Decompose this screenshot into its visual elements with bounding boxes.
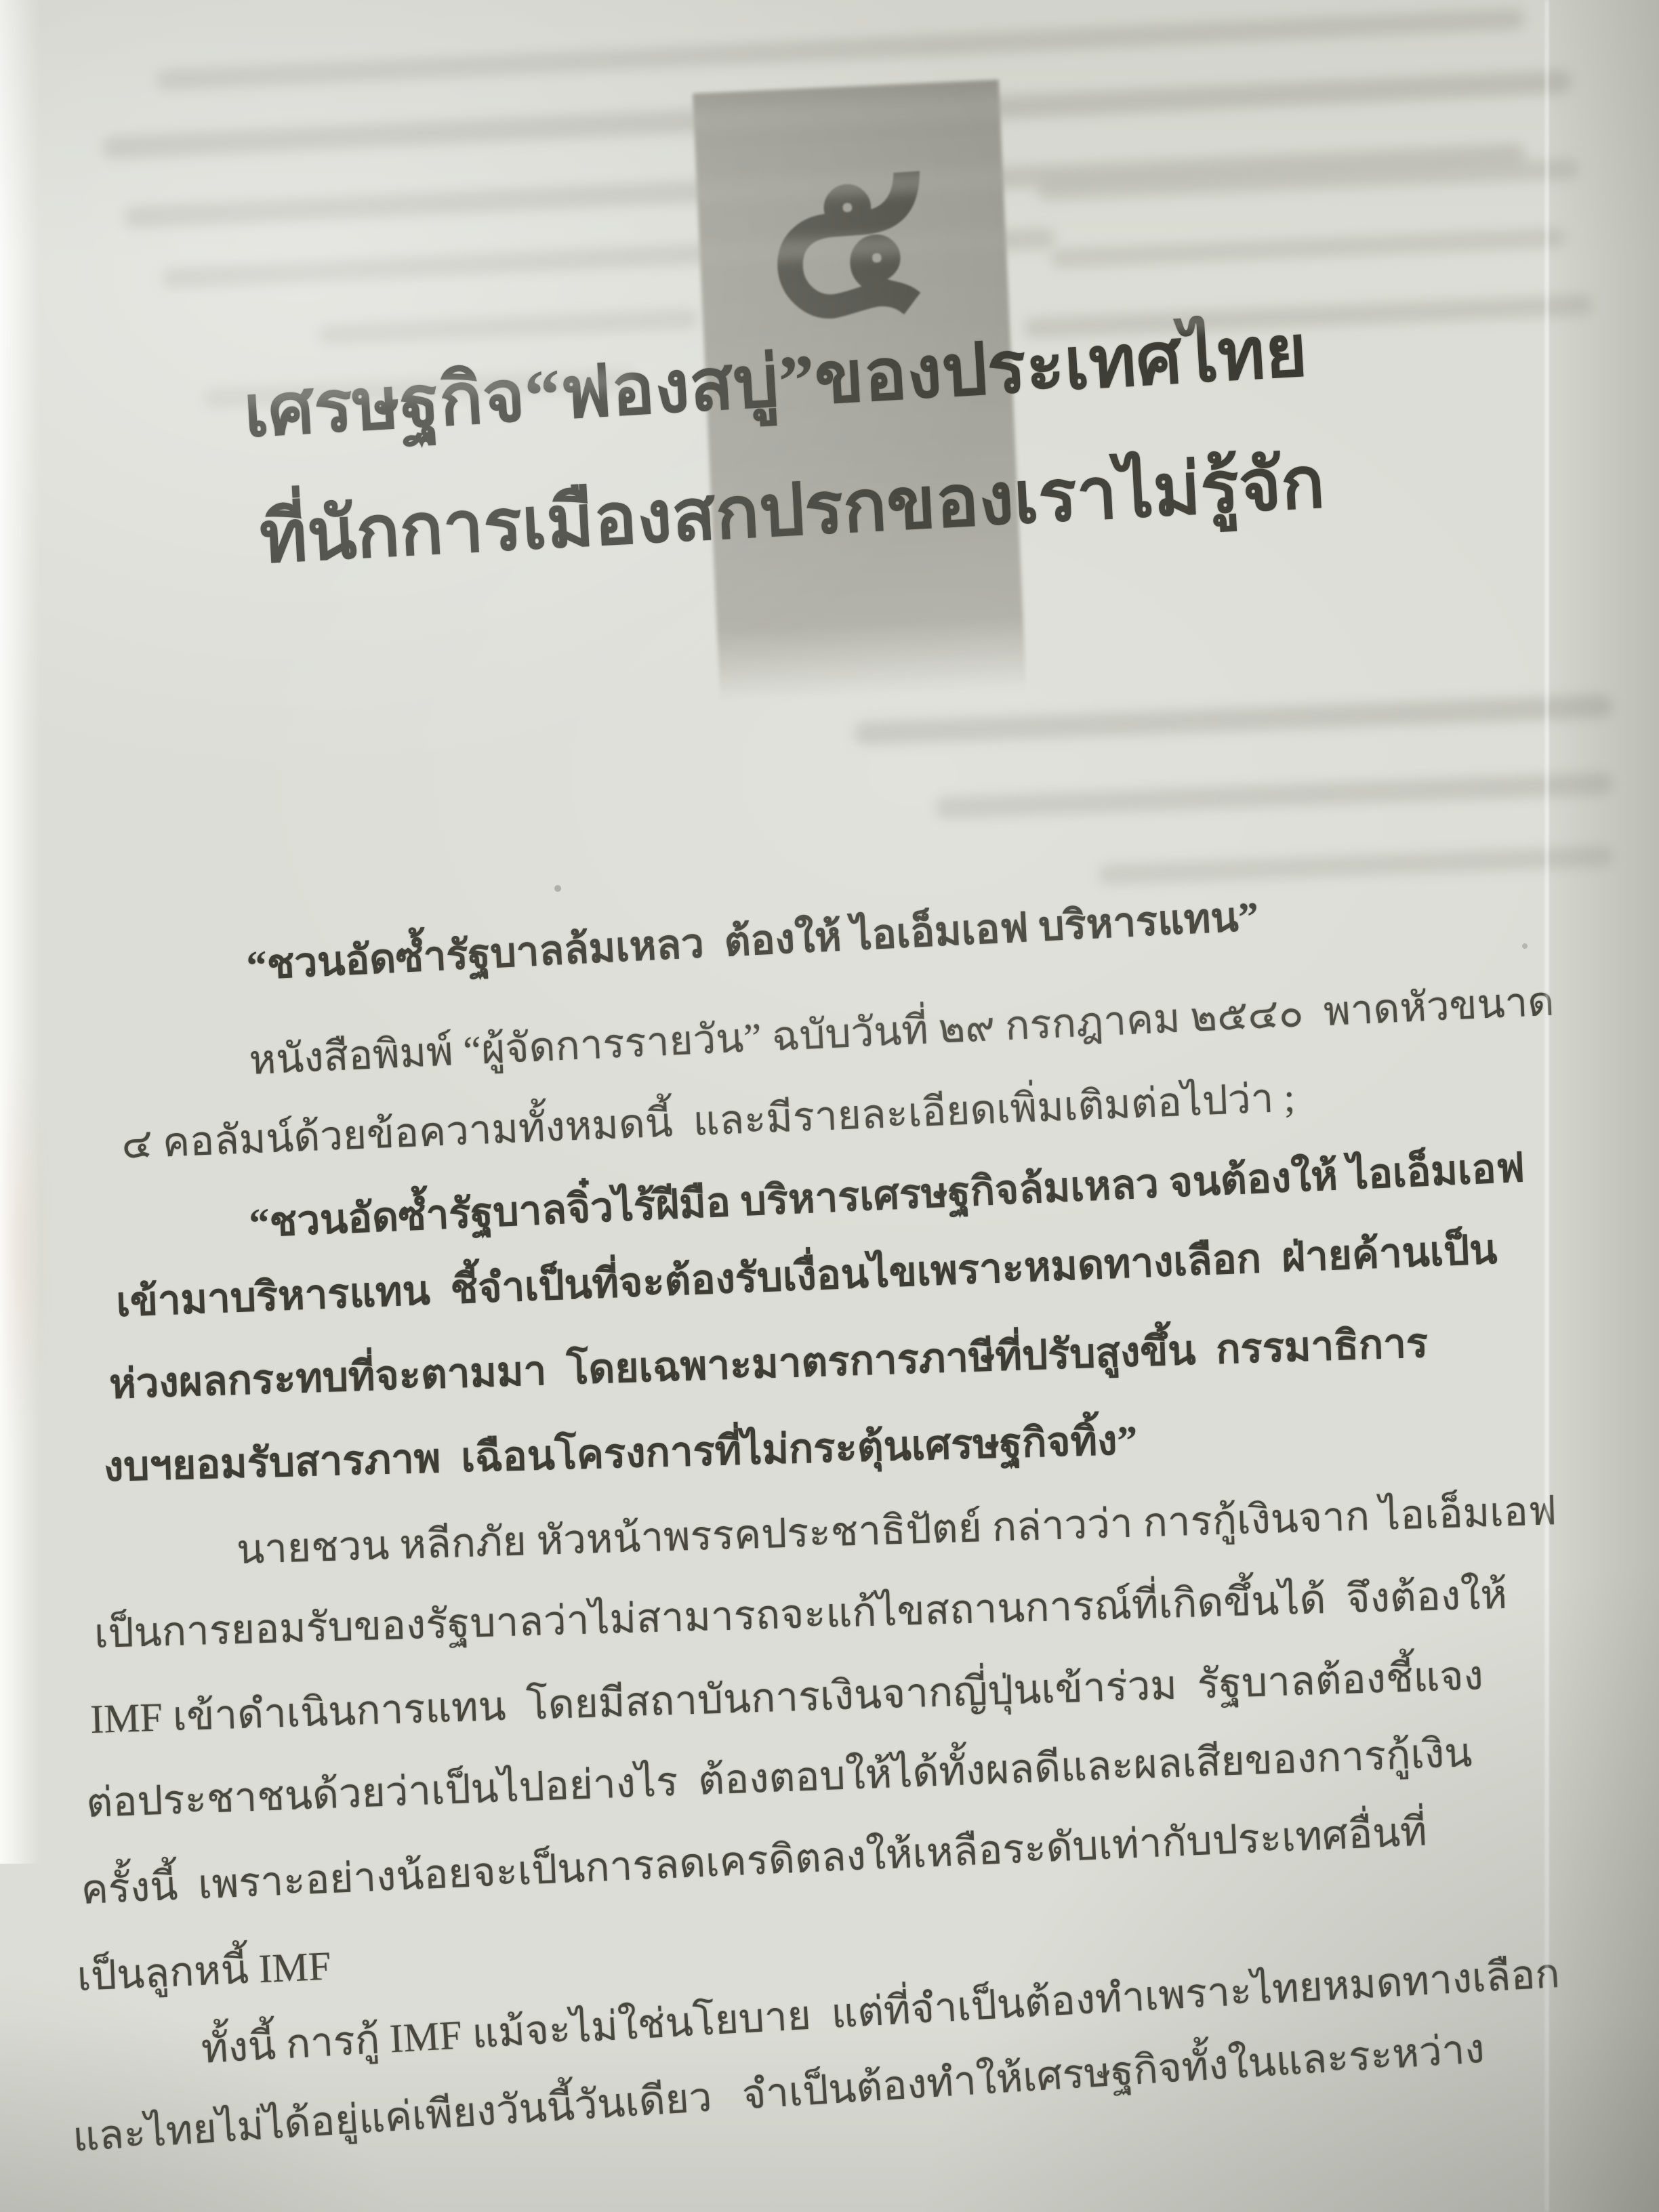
stray-ink-mark — [1522, 943, 1528, 949]
body-line: ๔ คอลัมน์ด้วยข้อความทั้งหมดนี้ และมีรายล… — [121, 1071, 1296, 1170]
page-edge-highlight — [0, 0, 41, 1864]
body-line: งบฯยอมรับสารภาพ เฉือนโครงการที่ไม่กระตุ้… — [103, 1414, 1138, 1494]
body-line: IMF เข้าดำเนินการแทน โดยมีสถาบันการเงินจ… — [89, 1649, 1484, 1746]
ghost-text-smudge — [935, 773, 1614, 819]
ghost-text-smudge — [854, 694, 1613, 745]
ghost-text-smudge — [156, 8, 1524, 91]
thumb-shadow — [0, 1057, 35, 1437]
book-page-photo: ๕ เศรษฐกิจ“ฟองสบู่”ของประเทศไทย ที่นักกา… — [0, 0, 1659, 2212]
ghost-text-smudge — [1037, 158, 1580, 201]
stray-ink-mark — [554, 885, 561, 892]
ghost-text-smudge — [1050, 228, 1566, 268]
body-line: หนังสือพิมพ์ “ผู้จัดการรายวัน” ฉบับวันที… — [248, 975, 1555, 1087]
page-curl-shadow — [1549, 0, 1659, 2212]
body-line: “ชวนอัดซ้ำรัฐบาลล้มเหลว ต้องให้ ไอเอ็มเอ… — [245, 890, 1260, 992]
body-line: นายชวน หลีกภัย หัวหน้าพรรคประชาธิปัตย์ ก… — [236, 1484, 1557, 1576]
ghost-text-smudge — [1098, 846, 1614, 885]
ghost-text-smudge — [319, 309, 699, 344]
page-crease — [1545, 0, 1549, 2212]
body-line: ห่วงผลกระทบที่จะตามมา โดยเฉพาะมาตรการภาษ… — [108, 1317, 1429, 1411]
body-line: เป็นลูกหนี้ IMF — [76, 1940, 332, 2003]
body-line: เป็นการยอมรับของรัฐบาลว่าไม่สามารถจะแก้ไ… — [94, 1568, 1508, 1660]
